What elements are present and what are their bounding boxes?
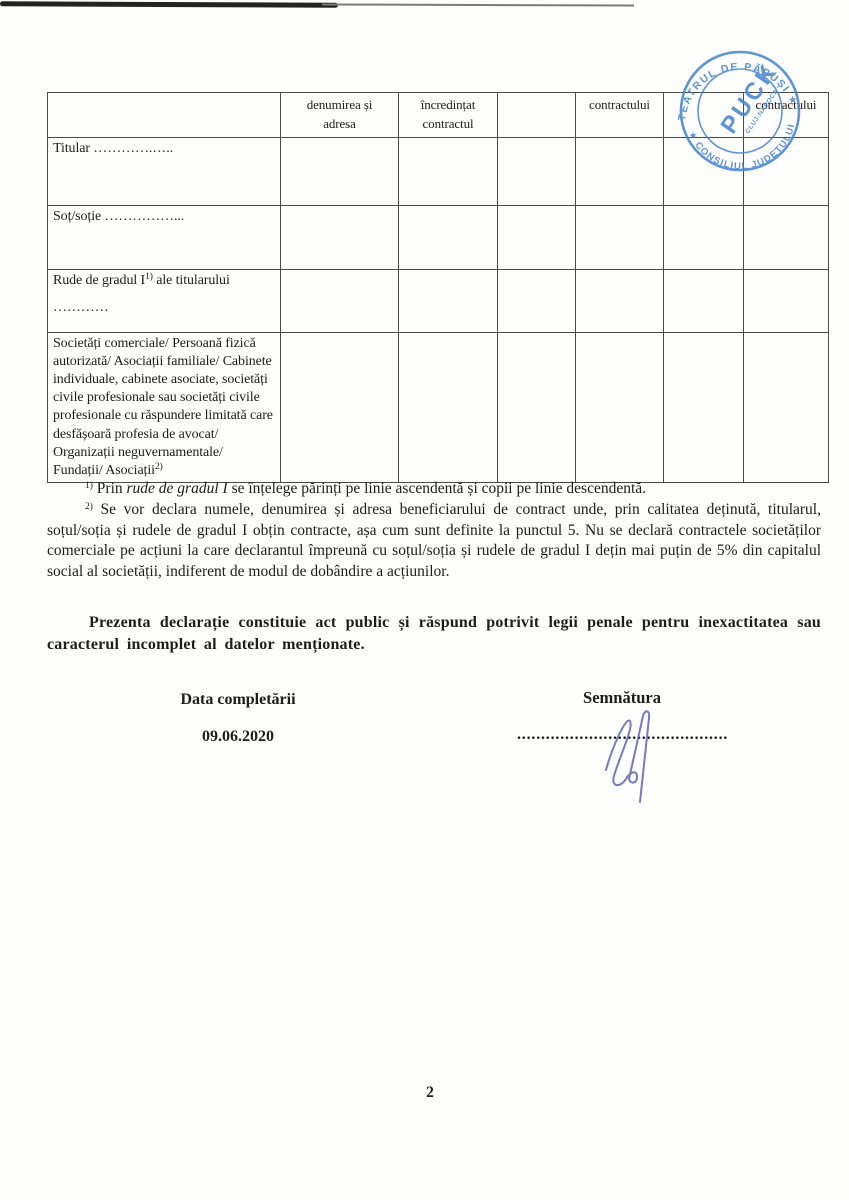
empty-cell bbox=[281, 137, 399, 205]
empty-cell bbox=[744, 269, 829, 332]
official-stamp: TEATRUL DE PĂPUȘI ★ ★ CONSILIUL JUDEȚULU… bbox=[666, 37, 814, 185]
empty-cell bbox=[498, 332, 576, 483]
footnote-2: 2) Se vor declara numele, denumirea și a… bbox=[47, 500, 821, 583]
table-row-rude-gradul-1: Rude de gradul I1) ale titularului ………… bbox=[48, 269, 829, 332]
signature-label: Semnătura bbox=[534, 688, 710, 708]
empty-cell bbox=[399, 137, 498, 205]
empty-cell bbox=[576, 332, 664, 483]
handwritten-signature bbox=[583, 706, 678, 808]
signature-stroke bbox=[606, 711, 649, 802]
dotted-fill-line: ………… bbox=[53, 299, 275, 317]
empty-cell bbox=[576, 269, 664, 332]
header-cell-empty-2 bbox=[498, 93, 576, 138]
header-cell-contractului-1: contractului bbox=[576, 93, 664, 138]
completion-date-value: 09.06.2020 bbox=[150, 728, 326, 746]
footnote-ref-1: 1) bbox=[145, 272, 153, 282]
empty-cell bbox=[576, 137, 664, 205]
declaration-paragraph: Prezenta declarație constituie act publi… bbox=[47, 612, 821, 655]
footnotes: 1) Prin rude de gradul I se înțelege păr… bbox=[47, 479, 821, 583]
empty-cell bbox=[498, 269, 576, 332]
empty-cell bbox=[281, 205, 399, 269]
row-label-societati: Societăți comerciale/ Persoană fizică au… bbox=[48, 332, 281, 483]
empty-cell bbox=[498, 205, 576, 269]
empty-cell bbox=[399, 332, 498, 483]
scan-artifact-top-light bbox=[322, 3, 634, 6]
header-cell-denumirea-adresa: denumirea și adresa bbox=[281, 93, 399, 138]
footnote-1: 1) Prin rude de gradul I se înțelege păr… bbox=[47, 479, 821, 500]
header-cell-empty-1 bbox=[48, 93, 281, 138]
footnote-ref-2: 2) bbox=[155, 462, 163, 472]
empty-cell bbox=[281, 332, 399, 483]
empty-cell bbox=[744, 332, 829, 483]
row-label-rude-gradul-1: Rude de gradul I1) ale titularului ………… bbox=[48, 269, 281, 332]
table-row-sot-sotie: Soț/soție ……………... bbox=[48, 205, 829, 269]
empty-cell bbox=[498, 137, 576, 205]
empty-cell bbox=[664, 332, 744, 483]
row-label-sot-sotie: Soț/soție ……………... bbox=[48, 205, 281, 269]
empty-cell bbox=[664, 205, 744, 269]
page-number: 2 bbox=[405, 1084, 455, 1102]
table-row-societati: Societăți comerciale/ Persoană fizică au… bbox=[48, 332, 829, 483]
empty-cell bbox=[576, 205, 664, 269]
header-cell-incredintat-contractul: încredințat contractul bbox=[399, 93, 498, 138]
row-label-titular: Titular ………….….. bbox=[48, 137, 281, 205]
empty-cell bbox=[399, 269, 498, 332]
empty-cell bbox=[664, 269, 744, 332]
empty-cell bbox=[399, 205, 498, 269]
empty-cell bbox=[281, 269, 399, 332]
document-page: denumirea și adresa încredințat contract… bbox=[0, 0, 849, 1200]
scan-artifact-top-dark bbox=[0, 1, 338, 7]
empty-cell bbox=[744, 205, 829, 269]
completion-date-label: Data completării bbox=[150, 691, 326, 709]
